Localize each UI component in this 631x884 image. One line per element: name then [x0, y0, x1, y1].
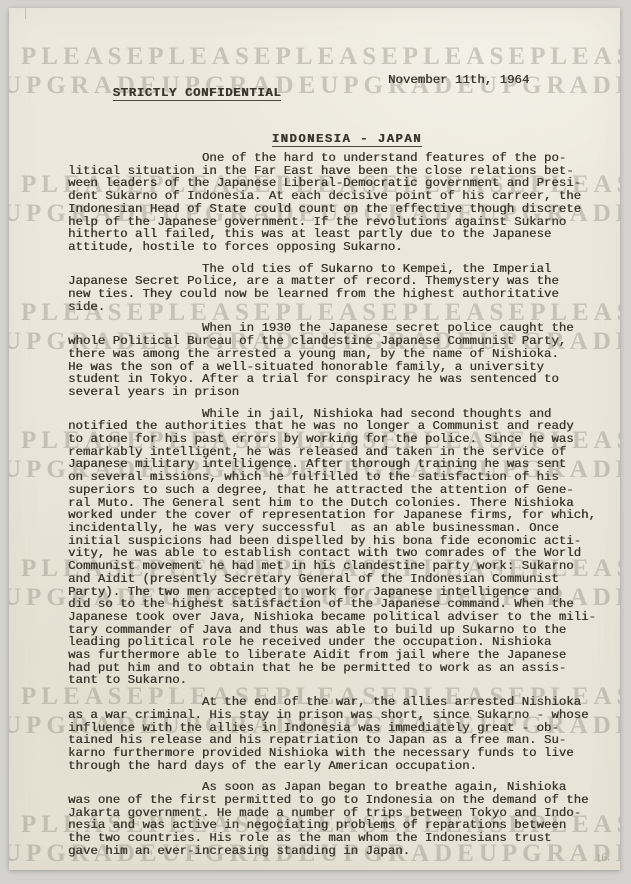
paragraph: The old ties of Sukarno to Kempei, the I…	[68, 263, 620, 314]
document-title: INDONESIA - JAPAN	[272, 133, 422, 148]
classification-stamp: STRICTLY CONFIDENTIAL	[113, 87, 282, 102]
watermark-word: PLEASE	[530, 44, 620, 69]
paragraph: One of the hard to understand features o…	[68, 152, 620, 254]
watermark-word: PLEASE	[276, 44, 403, 69]
document-header: STRICTLY CONFIDENTIAL November 11th, 196…	[68, 74, 608, 127]
paragraph: As soon as Japan began to breathe again,…	[68, 781, 620, 857]
watermark-word: PLEASE	[148, 44, 275, 69]
scan-background: PLEASEPLEASEPLEASEPLEASEPLEASEUPGRADEUPG…	[0, 0, 631, 884]
document-body: One of the hard to understand features o…	[68, 152, 620, 867]
paragraph: When in 1930 the Japanese secret police …	[68, 322, 620, 398]
watermark-word: PLEASE	[403, 44, 530, 69]
watermark-word: PLEASE	[21, 44, 148, 69]
document-date: November 11th, 1964	[388, 74, 529, 87]
paper-crease	[25, 8, 26, 19]
document-page: PLEASEPLEASEPLEASEPLEASEPLEASEUPGRADEUPG…	[9, 8, 620, 870]
watermark-row: PLEASEPLEASEPLEASEPLEASEPLEASE	[21, 44, 620, 69]
paragraph: While in jail, Nishioka had second thoug…	[68, 408, 620, 687]
paragraph: At the end of the war, the allies arrest…	[68, 696, 620, 772]
handwritten-page-number: 16.	[595, 851, 611, 865]
